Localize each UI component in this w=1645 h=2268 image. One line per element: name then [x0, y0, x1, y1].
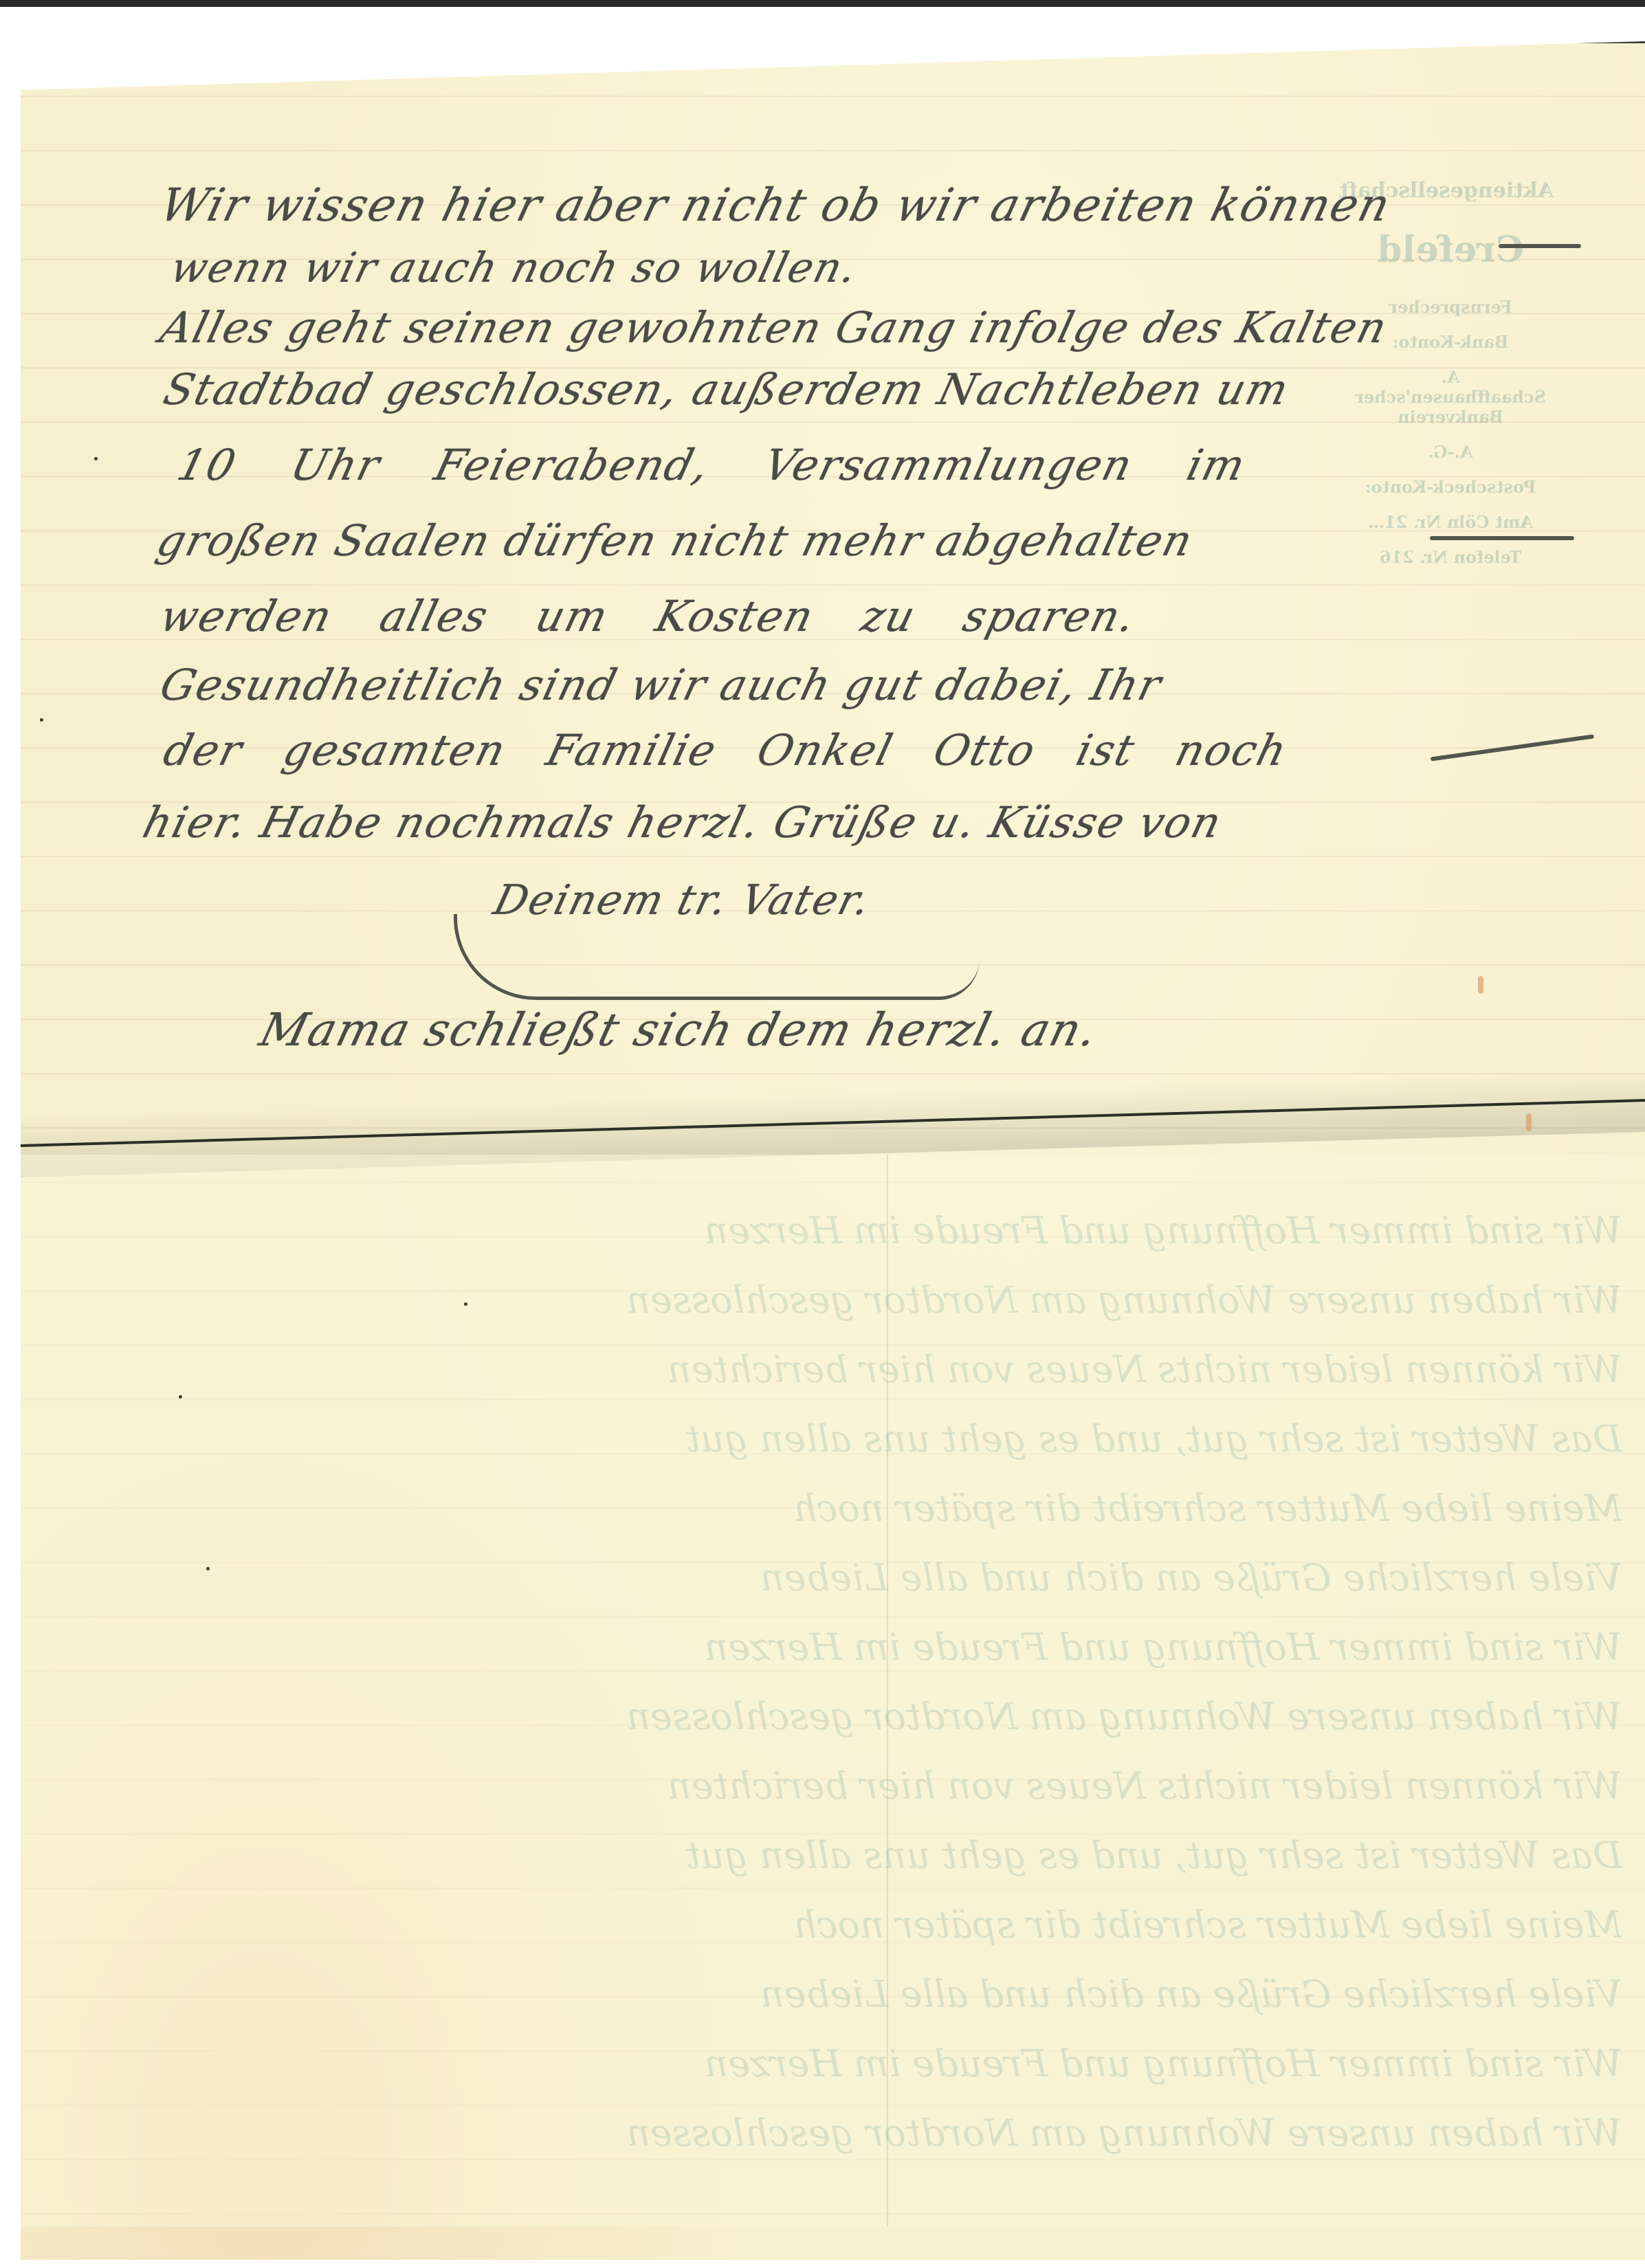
ghost-body-line: Das Wetter ist sehr gut, und es geht uns… [41, 1404, 1622, 1474]
letter-line: 10 Uhr Feierabend, Versammlungen im [173, 440, 1251, 490]
letter-line: werden alles um Kosten zu sparen. [155, 591, 1142, 641]
ghost-body-line: Wir haben unsere Wohnung am Nordtor gesc… [41, 1682, 1622, 1751]
letter-line: hier. Habe nochmals herzl. Grüße u. Küss… [138, 797, 1228, 847]
ghost-body-line: Meine liebe Mutter schreibt dir später n… [41, 1890, 1622, 1959]
letter-line: Wir wissen hier aber nicht ob wir arbeit… [155, 179, 1396, 232]
ghost-body-line: Wir haben unsere Wohnung am Nordtor gesc… [41, 1265, 1622, 1335]
ghost-body-line: Viele herzliche Grüße an dich und alle L… [41, 1543, 1622, 1612]
ghost-body-line: Wir sind immer Hoffnung und Freude im He… [41, 1196, 1622, 1265]
letter-line: der gesamten Familie Onkel Otto ist noch [159, 725, 1293, 775]
ghost-letterhead-line: Postscheck-Konto: [1347, 477, 1554, 497]
paper-speck [206, 1567, 210, 1570]
letter-line: Gesundheitlich sind wir auch gut dabei, … [155, 660, 1167, 710]
pen-stroke [1430, 536, 1574, 540]
letter-line: großen Saalen dürfen nicht mehr abgehalt… [152, 515, 1199, 566]
ghost-letterhead-line: A.-G. [1347, 442, 1554, 462]
ghost-body-line: Wir können leider nichts Neues von hier … [41, 1335, 1622, 1404]
ghost-letterhead: Aktiengesellschaft Crefeld Fernsprecher … [1347, 179, 1554, 582]
ghost-bleed-through-text: Wir sind immer Hoffnung und Freude im He… [41, 1196, 1622, 2168]
paper-stain [1478, 976, 1483, 994]
paper-speck [179, 1395, 182, 1399]
ghost-letterhead-line: Amt Cöln Nr. 21… [1347, 512, 1554, 532]
letter-line: wenn wir auch noch so wollen. [166, 244, 863, 292]
ghost-letterhead-line: Crefeld [1347, 229, 1554, 271]
ghost-body-line: Meine liebe Mutter schreibt dir später n… [41, 1474, 1622, 1543]
scan-top-border [0, 0, 1645, 7]
paper-speck [40, 718, 43, 722]
ghost-body-line: Wir sind immer Hoffnung und Freude im He… [41, 1612, 1622, 1682]
ghost-letterhead-line: Telefon Nr. 216 [1347, 547, 1554, 567]
signature-flourish [454, 914, 980, 1000]
postscript: Mama schließt sich dem herzl. an. [254, 1003, 1103, 1056]
letter-line: Alles geht seinen gewohnten Gang infolge… [155, 302, 1393, 353]
ghost-body-line: Das Wetter ist sehr gut, und es geht uns… [41, 1821, 1622, 1890]
paper-speck [464, 1302, 467, 1306]
pen-stroke [1499, 244, 1581, 248]
paper-stain [1526, 1113, 1532, 1131]
ghost-letterhead-line: A. Schaaffhausen'scher Bankverein [1347, 367, 1554, 427]
ghost-body-line: Viele herzliche Grüße an dich und alle L… [41, 1959, 1622, 2029]
ghost-body-line: Wir sind immer Hoffnung und Freude im He… [41, 2029, 1622, 2098]
paper-speck [94, 457, 98, 460]
ghost-body-line: Wir haben unsere Wohnung am Nordtor gesc… [41, 2098, 1622, 2168]
letter-line: Stadtbad geschlossen, außerdem Nachtlebe… [159, 364, 1294, 414]
ghost-body-line: Wir können leider nichts Neues von hier … [41, 1751, 1622, 1821]
